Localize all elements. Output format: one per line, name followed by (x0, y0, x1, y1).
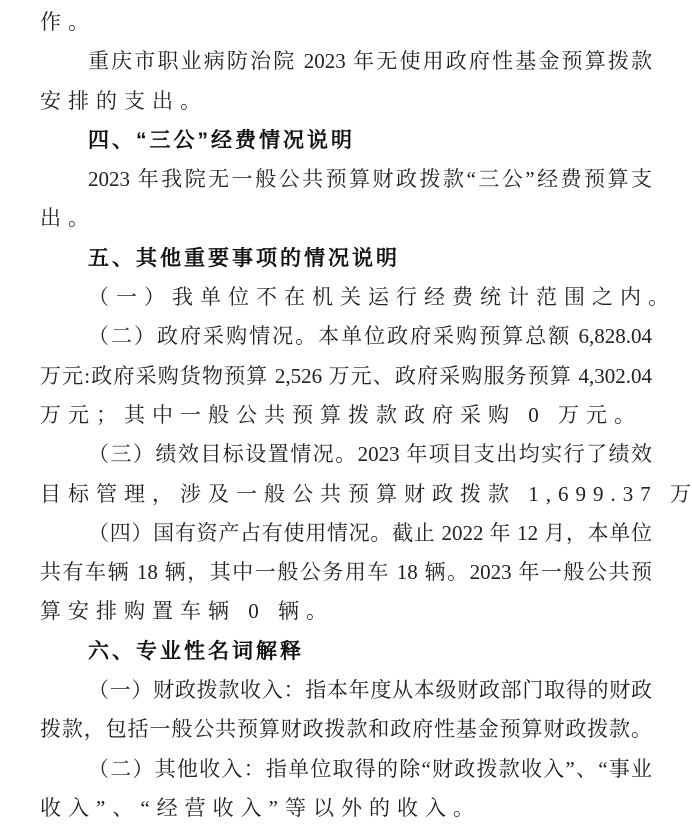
section-heading: 六、专业性名词解释 (40, 632, 652, 671)
section-heading: 四、“三公”经费情况说明 (40, 121, 652, 160)
document-page: 作。重庆市职业病防治院 2023 年无使用政府性基金预算拨款安排的支出。四、“三… (0, 0, 692, 829)
text-line: 万元:政府采购货物预算 2,526 万元、政府采购服务预算 4,302.04 (40, 357, 652, 396)
text-line: 拨款，包括一般公共预算财政拨款和政府性基金预算财政拨款。 (40, 710, 652, 749)
text-line: （四）国有资产占有使用情况。截止 2022 年 12 月，本单位 (40, 514, 652, 553)
text-line: 作。 (40, 3, 652, 42)
text-line: 出。 (40, 199, 652, 238)
text-line: 共有车辆 18 辆，其中一般公务用车 18 辆。2023 年一般公共预 (40, 553, 652, 592)
text-line: （二）政府采购情况。本单位政府采购预算总额 6,828.04 (40, 317, 652, 356)
text-line: 目标管理，涉及一般公共预算财政拨款 1,699.37 万元。 (40, 475, 652, 514)
text-line: （一）财政拨款收入：指本年度从本级财政部门取得的财政 (40, 671, 652, 710)
text-line: 算安排购置车辆 0 辆。 (40, 592, 652, 631)
text-line: 收入”、“经营收入”等以外的收入。 (40, 789, 652, 828)
text-line: 安排的支出。 (40, 82, 652, 121)
section-heading: 五、其他重要事项的情况说明 (40, 239, 652, 278)
text-line: 2023 年我院无一般公共预算财政拨款“三公”经费预算支 (40, 160, 652, 199)
text-line: （三）绩效目标设置情况。2023 年项目支出均实行了绩效 (40, 435, 652, 474)
document-body: 作。重庆市职业病防治院 2023 年无使用政府性基金预算拨款安排的支出。四、“三… (0, 0, 692, 828)
text-line: （二）其他收入：指单位取得的除“财政拨款收入”、“事业 (40, 750, 652, 789)
text-line: 万元；其中一般公共预算拨款政府采购 0 万元。 (40, 396, 652, 435)
text-line: （一）我单位不在机关运行经费统计范围之内。 (40, 278, 652, 317)
text-line: 重庆市职业病防治院 2023 年无使用政府性基金预算拨款 (40, 42, 652, 81)
